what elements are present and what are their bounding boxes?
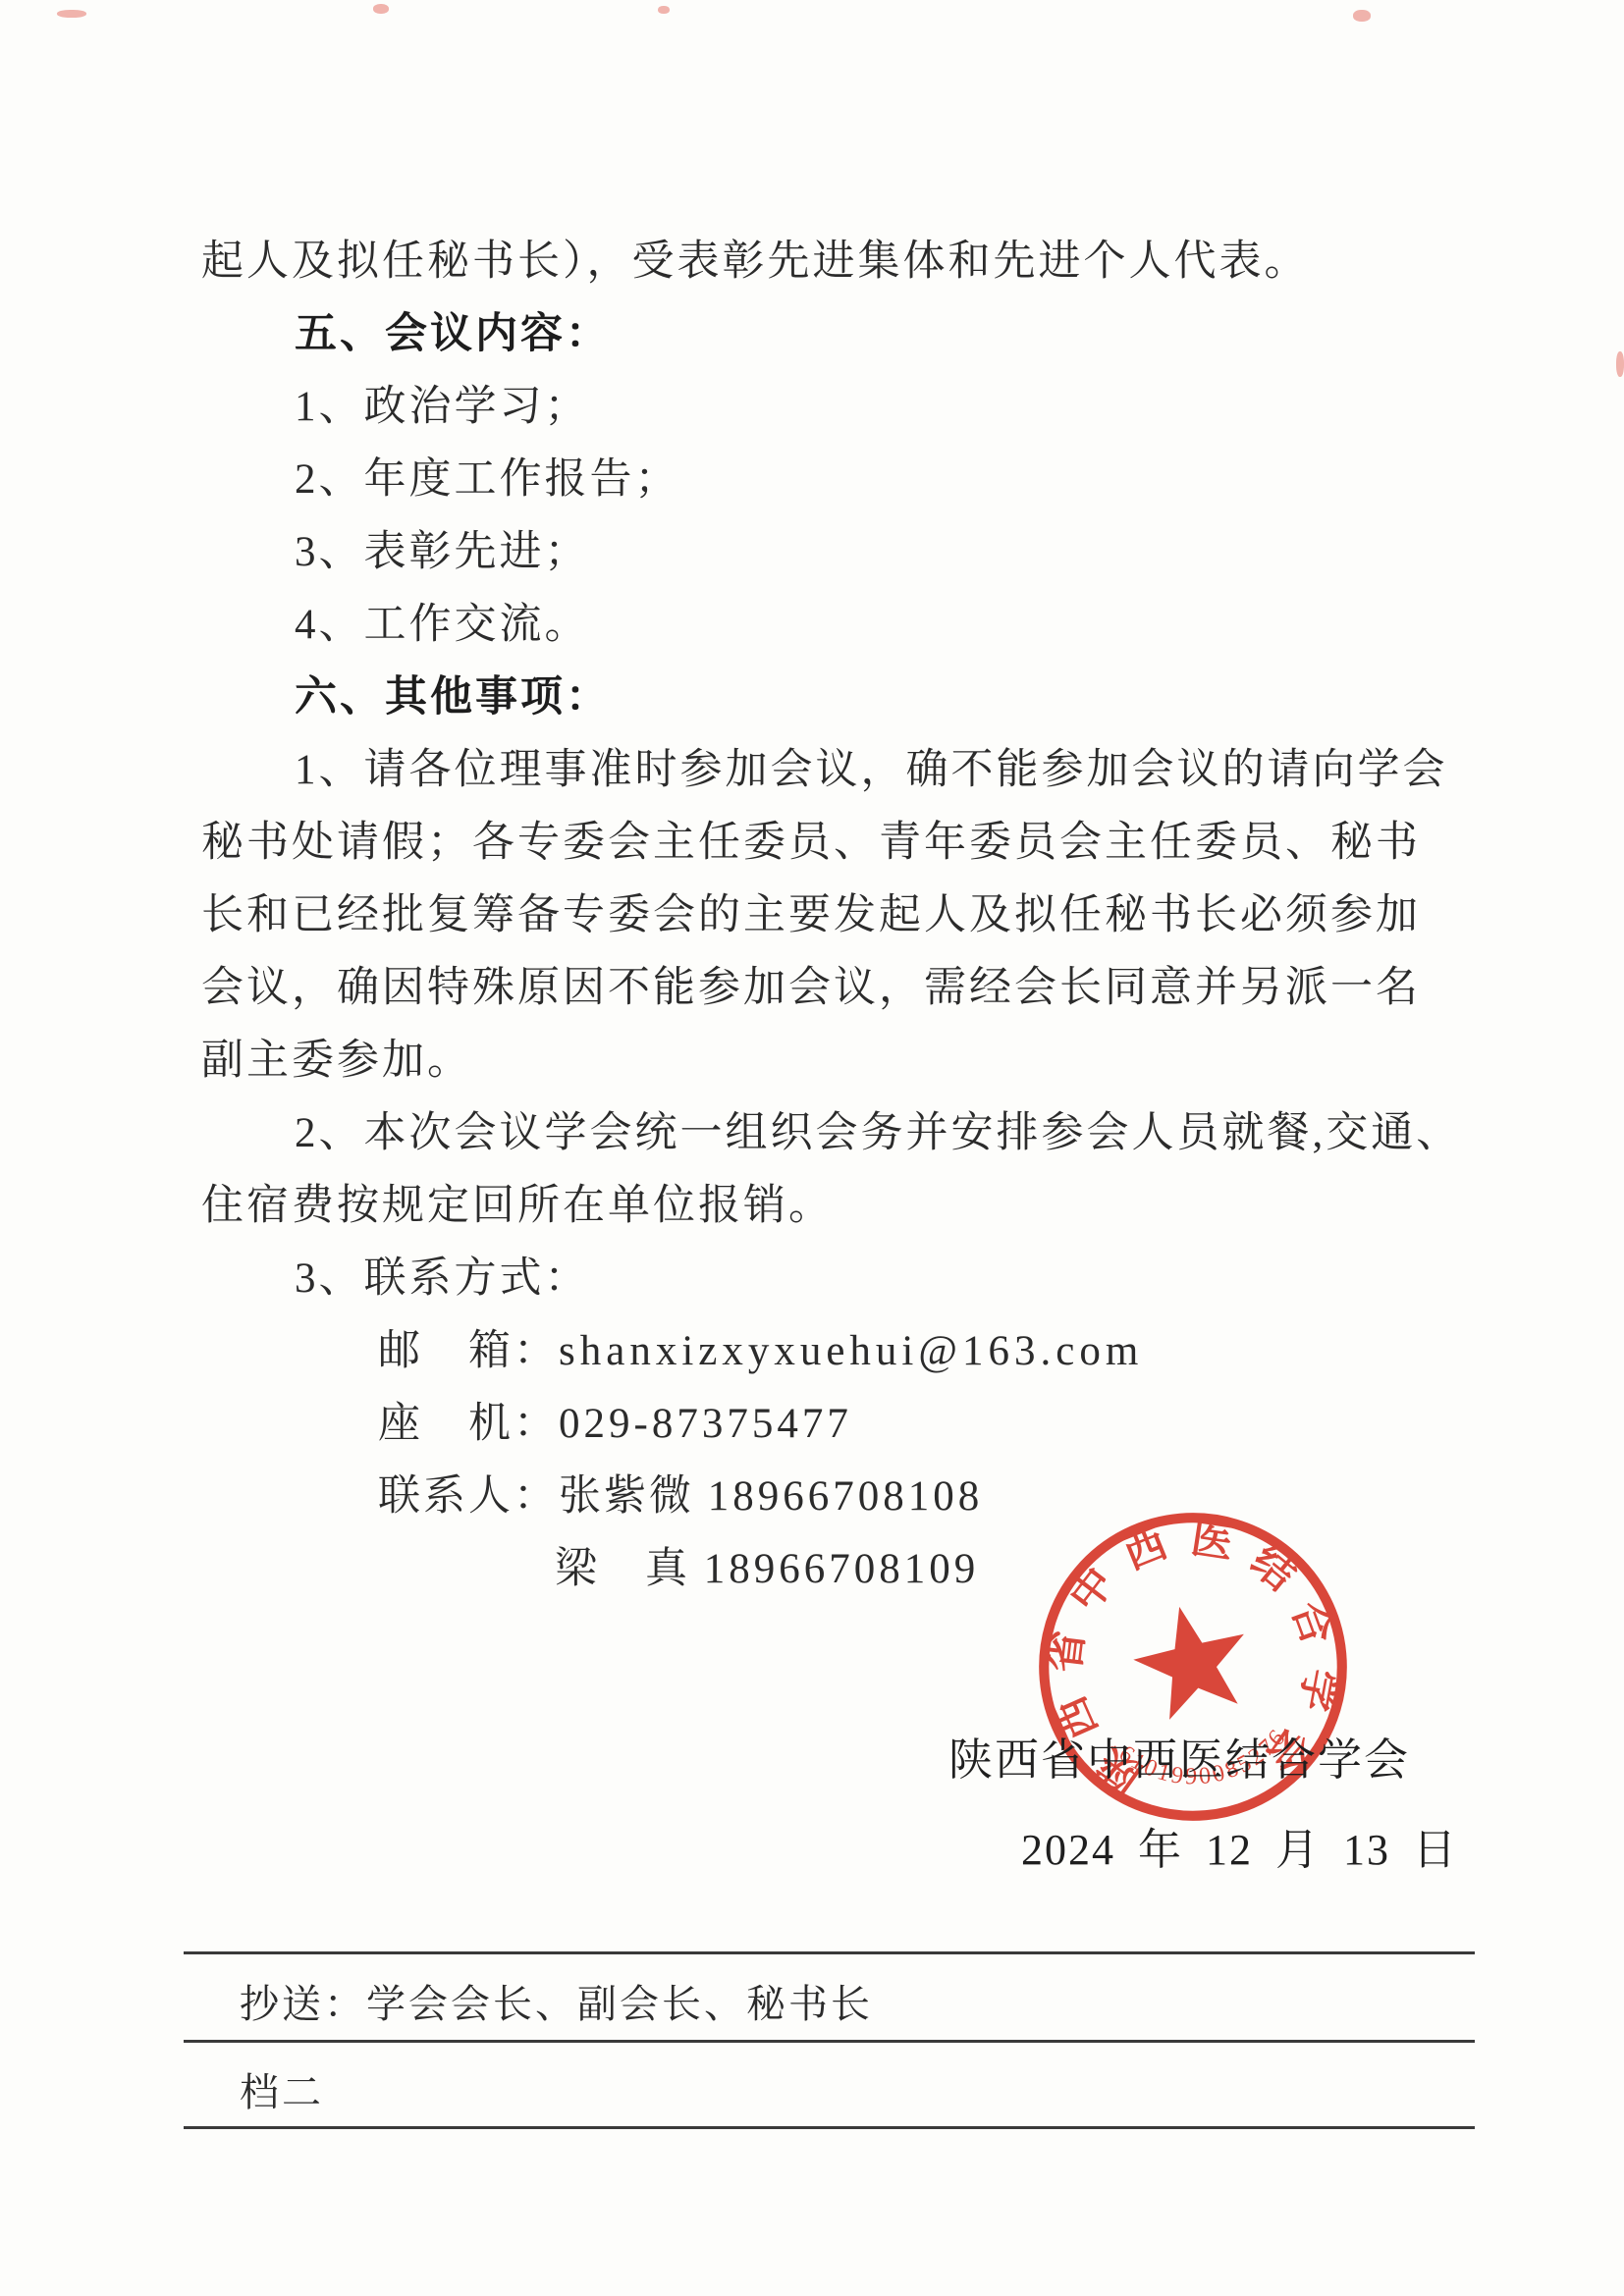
list-item: 4、工作交流。 (295, 599, 590, 652)
list-item: 3、联系方式： (295, 1253, 590, 1306)
contact-phone-value: 029-87375477 (559, 1401, 852, 1447)
scan-speck (1616, 351, 1624, 377)
contact-person2-name: 梁 真 (555, 1546, 690, 1592)
contact-phone-row: 座 机：029-87375477 (378, 1398, 852, 1451)
document-page: 起人及拟任秘书长），受表彰先进集体和先进个人代表。 五、会议内容： 1、政治学习… (0, 0, 1624, 2296)
contact-email-label: 邮 箱： (378, 1328, 559, 1374)
list-item: 3、表彰先进； (295, 526, 590, 579)
contact-person-row: 联系人：张紫微 18966708108 (378, 1470, 983, 1523)
contact-person-label: 联系人： (378, 1473, 559, 1520)
scan-speck (373, 4, 389, 14)
list-item: 1、政治学习； (295, 381, 590, 434)
footer-cc: 抄送：学会会长、副会长、秘书长 (240, 1973, 873, 2029)
paragraph-line: 1、请各位理事准时参加会议，确不能参加会议的请向学会 (295, 744, 1448, 797)
section-heading: 五、会议内容： (295, 308, 611, 361)
paragraph-line: 秘书处请假；各专委会主任委员、青年委员会主任委员、秘书 (201, 817, 1421, 870)
list-item: 2、年度工作报告； (295, 454, 680, 507)
signature-date: 2024 年 12 月 13 日 (1021, 1814, 1458, 1877)
footer-rule (184, 1951, 1475, 1954)
scan-speck (57, 10, 86, 18)
paragraph-line: 住宿费按规定回所在单位报销。 (201, 1180, 834, 1233)
seal-star-icon (1124, 1594, 1259, 1725)
footer-rule (184, 2040, 1475, 2043)
paragraph-line: 起人及拟任秘书长），受表彰先进集体和先进个人代表。 (201, 236, 1310, 289)
section-heading: 六、其他事项： (295, 671, 611, 724)
contact-email-row: 邮 箱：shanxizxyxuehui@163.com (378, 1325, 1143, 1378)
footer-archive: 档二 (240, 2061, 324, 2117)
paragraph-line: 副主委参加。 (201, 1035, 472, 1088)
contact-person1-name: 张紫微 (559, 1473, 694, 1520)
contact-person2-phone: 18966708109 (704, 1546, 980, 1592)
footer-rule (184, 2126, 1475, 2129)
official-seal: 陕西省中西医结合学会 6101990085276 (1010, 1484, 1377, 1850)
paragraph-line: 2、本次会议学会统一组织会务并安排参会人员就餐,交通、 (295, 1107, 1461, 1160)
contact-person-row: 梁 真 18966708109 (555, 1543, 979, 1596)
contact-person1-phone: 18966708108 (708, 1473, 984, 1520)
paragraph-line: 长和已经批复筹备专委会的主要发起人及拟任秘书长必须参加 (201, 889, 1421, 942)
contact-phone-label: 座 机： (378, 1401, 559, 1447)
signature-organization: 陕西省中西医结合学会 (948, 1724, 1410, 1788)
scan-speck (1353, 10, 1371, 22)
contact-email-value: shanxizxyxuehui@163.com (559, 1328, 1143, 1374)
scan-speck (658, 6, 670, 14)
paragraph-line: 会议，确因特殊原因不能参加会议，需经会长同意并另派一名 (201, 962, 1421, 1015)
